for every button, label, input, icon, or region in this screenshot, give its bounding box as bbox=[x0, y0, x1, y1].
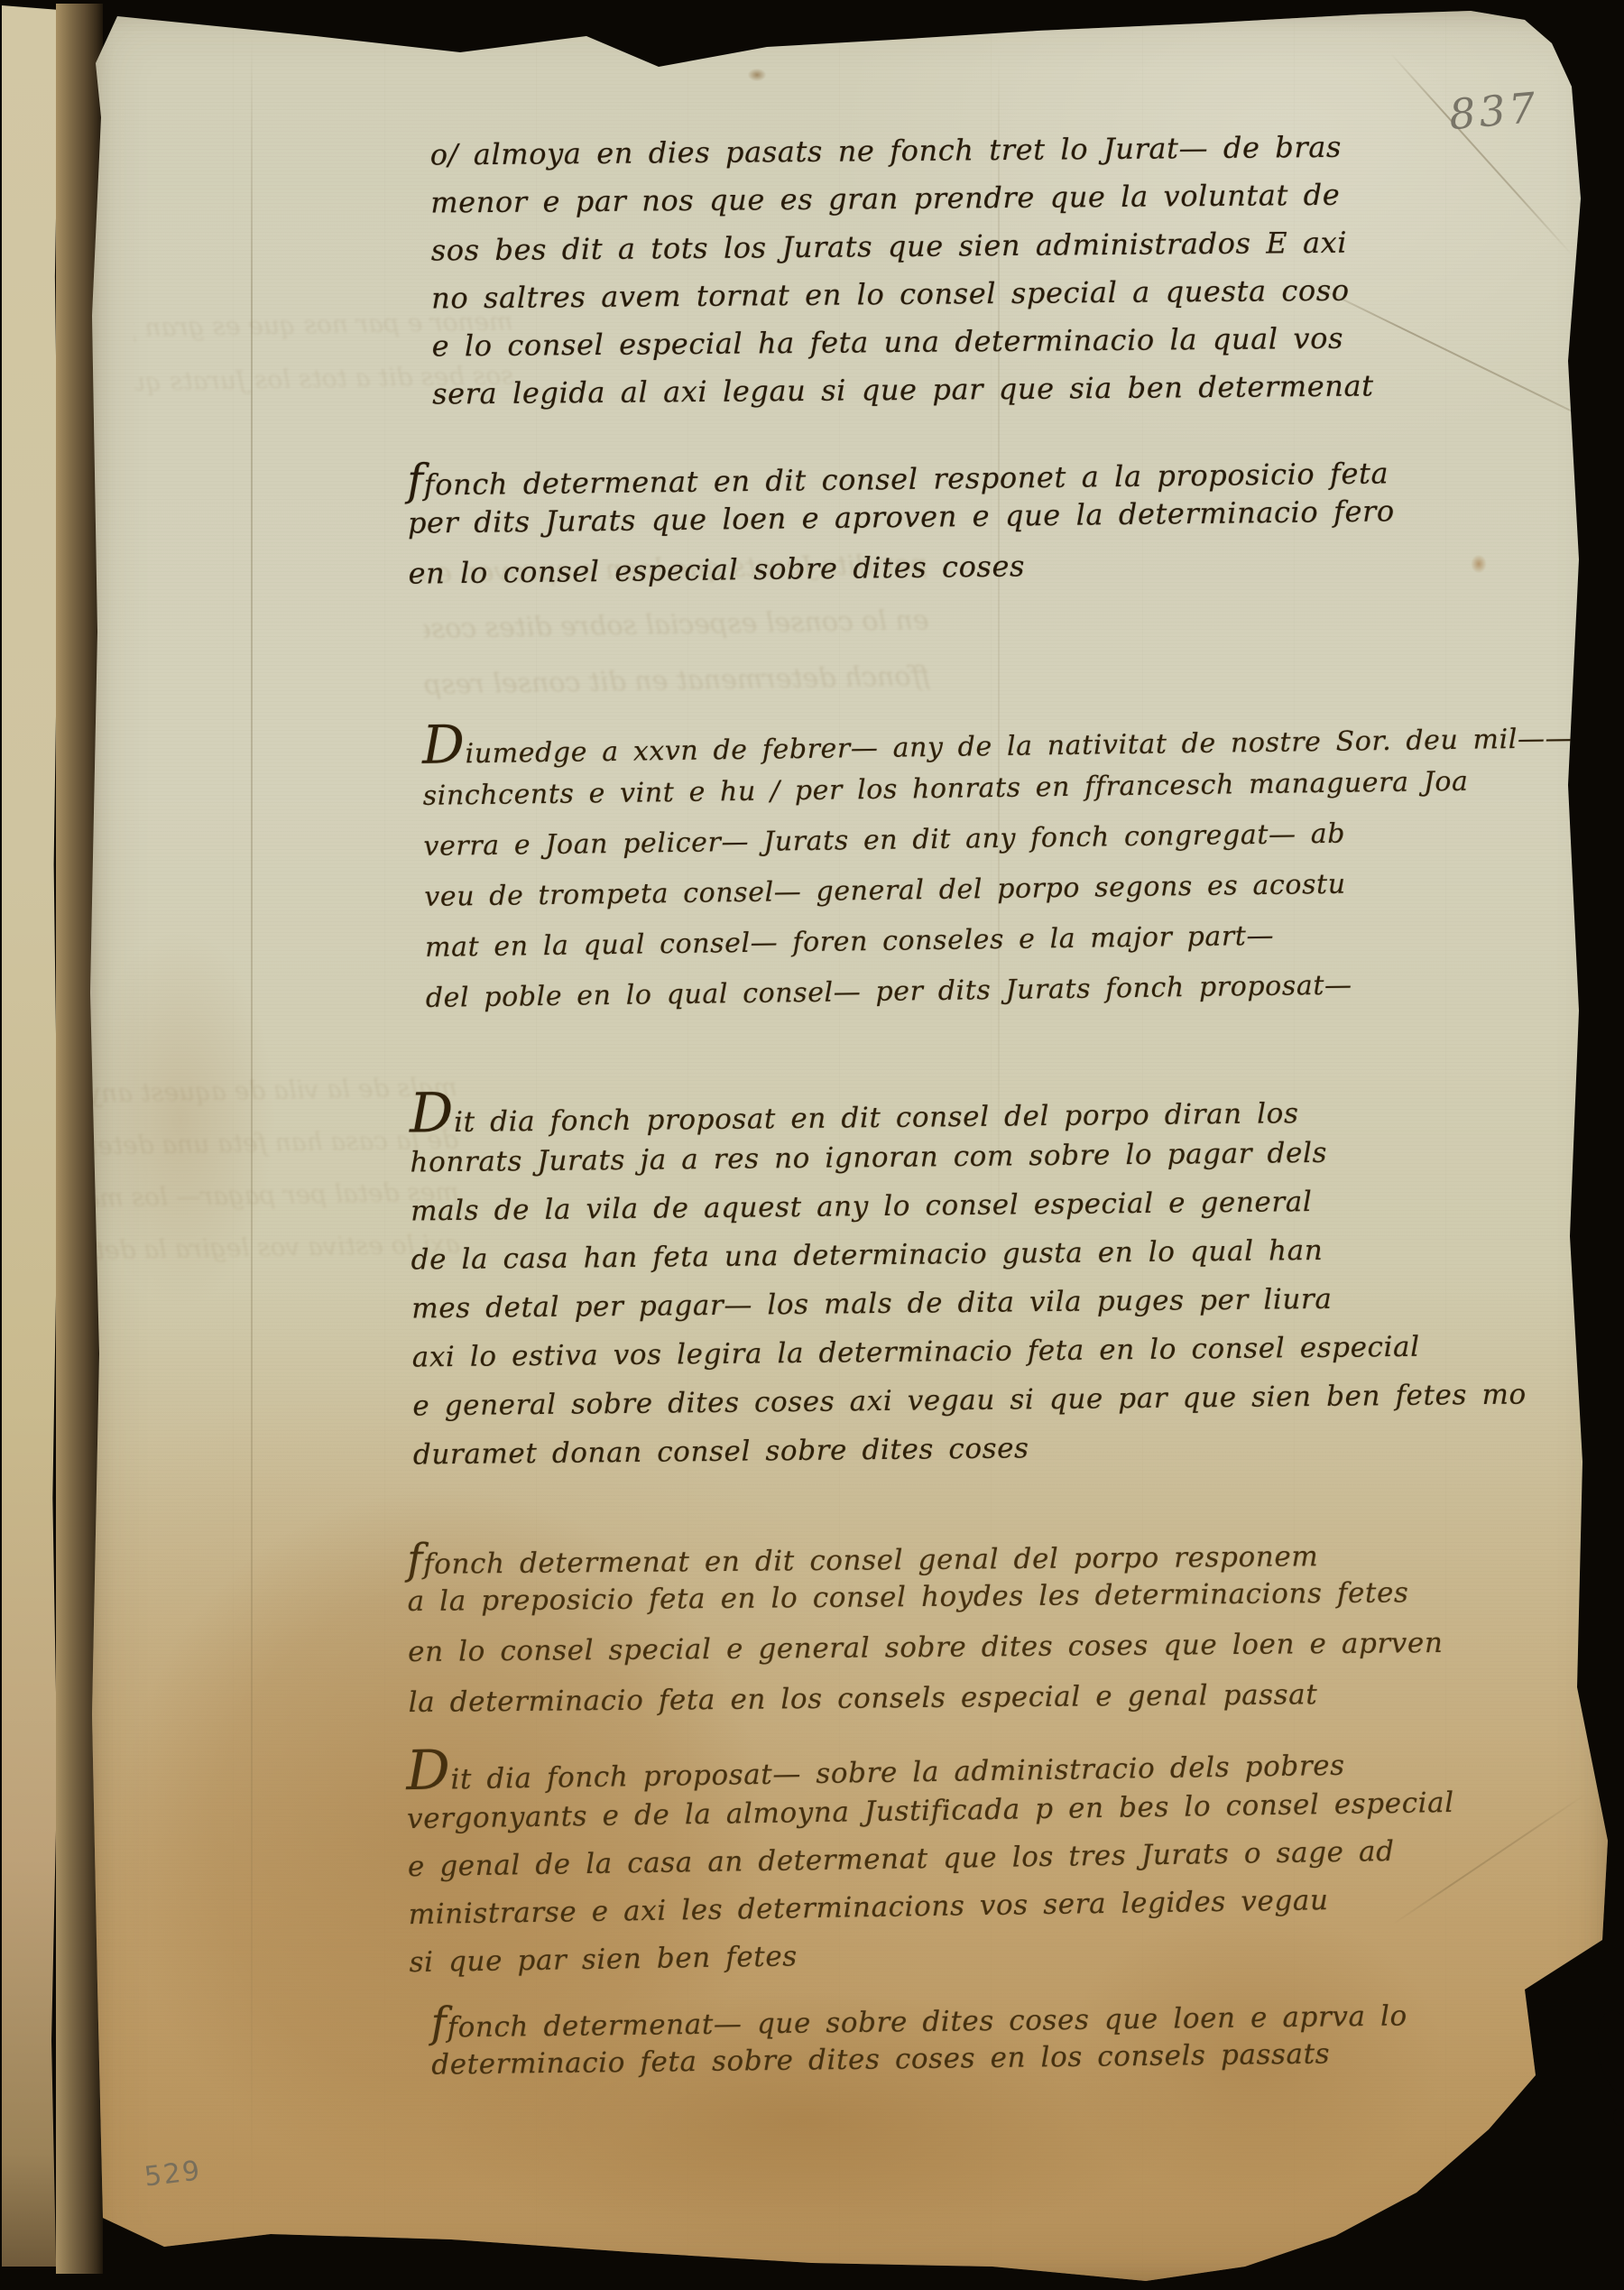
stain bbox=[745, 67, 769, 83]
ink-bleedthrough: mals de la vila de aquest any lo consel … bbox=[60, 1061, 463, 1447]
manuscript-line: o/ almoya en dies pasats ne fonch tret l… bbox=[430, 129, 1372, 185]
bleed-line: de la casa han feta una determinacio gus… bbox=[60, 1113, 458, 1173]
manuscript-line: e lo consel especial ha feta una determi… bbox=[431, 320, 1373, 376]
text-block: Dit dia fonch proposat en dit consel del… bbox=[410, 1086, 1527, 1488]
text-block: ffonch determenat en dit consel responet… bbox=[407, 443, 1396, 606]
manuscript-line: menor e par nos que es gran prendre que … bbox=[430, 177, 1372, 233]
worm-hole bbox=[1591, 2007, 1624, 2100]
pencil-foliation: 529 bbox=[143, 2155, 203, 2193]
bleed-line: ffonch determenat en dit consel responet… bbox=[424, 649, 930, 714]
manuscript-line: no saltres avem tornat en lo consel spec… bbox=[431, 272, 1373, 328]
manuscript-page: 837 per dits Jurats que loen e aproven e… bbox=[81, 0, 1624, 2290]
text-block: ffonch determenat— que sobre dites coses… bbox=[430, 1986, 1407, 2099]
text-block: Dit dia fonch proposat— sobre la adminis… bbox=[406, 1739, 1457, 1994]
manuscript-line: ffonch determenat en dit consel genal de… bbox=[407, 1526, 1443, 1585]
bleed-line: mals de la vila de aquest any lo consel … bbox=[60, 1061, 457, 1121]
text-block: ffonch determenat en dit consel genal de… bbox=[407, 1526, 1444, 1737]
manuscript-line: sos bes dit a tots los Jurats que sien a… bbox=[431, 225, 1373, 281]
scanned-spread: 837 per dits Jurats que loen e aproven e… bbox=[0, 0, 1624, 2290]
folio-number: 837 bbox=[1447, 83, 1541, 139]
manuscript-line: sera legida al axi legau si que par que … bbox=[432, 368, 1374, 424]
crease bbox=[1390, 53, 1573, 255]
manuscript-line: la determinacio feta en los consels espe… bbox=[409, 1677, 1444, 1737]
manuscript-line: en lo consel special e general sobre dit… bbox=[408, 1627, 1444, 1686]
chain-line bbox=[251, 36, 253, 2229]
text-block: Diumedge a xxvn de febrer— any de la nat… bbox=[422, 714, 1577, 1033]
text-block: o/ almoya en dies pasats ne fonch tret l… bbox=[430, 129, 1374, 424]
bleed-line: axi lo estiva vos legira la determinacio… bbox=[62, 1218, 460, 1278]
bleed-line: mes detal per pagar— los mals de dita vi… bbox=[61, 1166, 459, 1225]
stain bbox=[1469, 552, 1489, 576]
manuscript-line: en lo consel especial sobre dites coses bbox=[408, 544, 1396, 606]
manuscript-line: determinacio feta sobre dites coses en l… bbox=[431, 2036, 1408, 2099]
manuscript-line: duramet donan consel sobre dites coses bbox=[413, 1427, 1527, 1488]
manuscript-line: a la preposicio feta en lo consel hoydes… bbox=[408, 1576, 1444, 1636]
worm-hole bbox=[1613, 2108, 1624, 2126]
facing-page-edge bbox=[2, 5, 60, 2267]
